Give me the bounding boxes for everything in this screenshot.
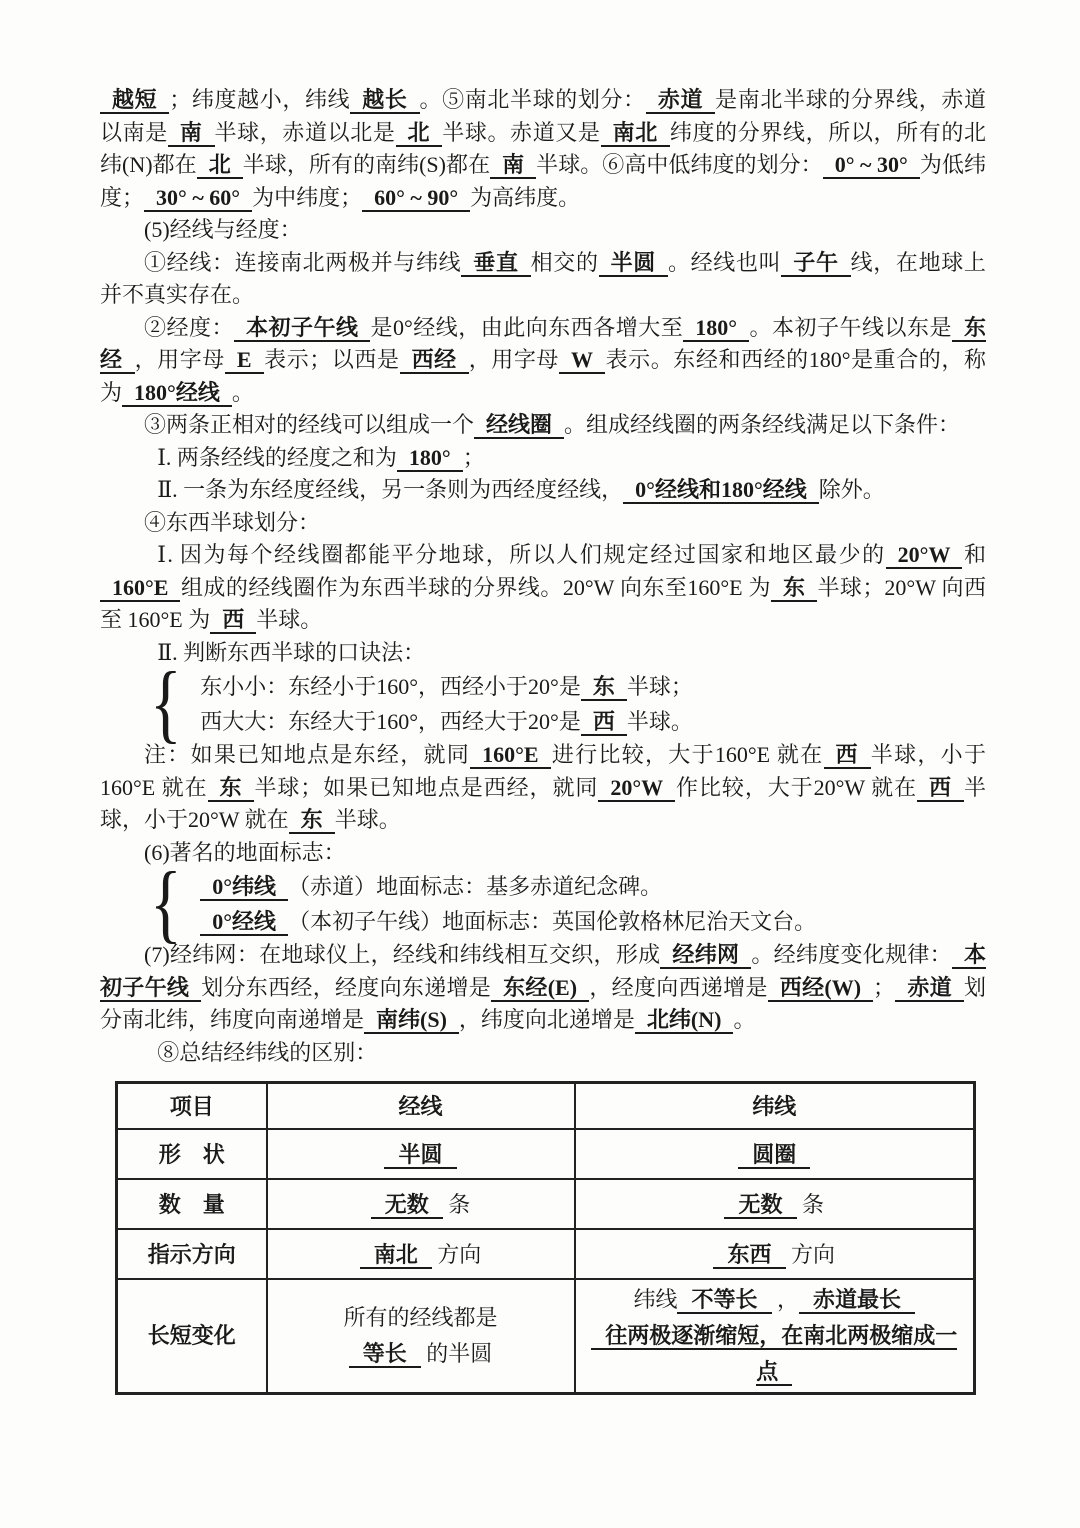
text-run: 条 bbox=[797, 1192, 825, 1217]
fill-in-blank-answer: 本初子午线 bbox=[234, 315, 370, 342]
row-label-length: 长短变化 bbox=[117, 1279, 267, 1394]
text-run: 和 bbox=[962, 542, 986, 567]
para-section-6-heading: (6)著名的地面标志： bbox=[100, 837, 986, 870]
para-condition-1: Ⅰ. 两条经线的经度之和为180°； bbox=[100, 442, 986, 475]
text-run: （赤道）地面标志：基多赤道纪念碑。 bbox=[288, 874, 662, 899]
text-run: ④东西半球划分： bbox=[144, 510, 320, 535]
text-run: 是0°经线，由此向东西各增大至 bbox=[370, 315, 683, 340]
fill-in-blank-answer: 160°E bbox=[100, 575, 180, 602]
text-run: 划分东西经，经度向东递增是 bbox=[201, 975, 491, 1000]
fill-in-blank-answer: 北纬(N) bbox=[635, 1007, 734, 1034]
cell-length-parallel: 纬线不等长 ，赤道最长往两极逐渐缩短，在南北两极缩成一点 bbox=[575, 1279, 975, 1394]
landmark-line-prime-meridian: 0°经线（本初子午线）地面标志：英国伦敦格林尼治天文台。 bbox=[200, 904, 986, 939]
fill-in-blank-answer: 0° ~ 30° bbox=[823, 152, 920, 179]
para-note-comparison: 注：如果已知地点是东经，就同160°E进行比较，大于160°E 就在西半球，小于… bbox=[100, 739, 986, 837]
cell-length-meridian: 所有的经线都是等长 的半圆 bbox=[267, 1279, 575, 1394]
para-east-west-division: Ⅰ. 因为每个经线圈都能平分地球，所以人们规定经过国家和地区最少的20°W和16… bbox=[100, 539, 986, 637]
text-run: 。本初子午线以东是 bbox=[749, 315, 952, 340]
fill-in-blank-answer: 30° ~ 60° bbox=[144, 185, 252, 212]
text-run: 。⑤南北半球的划分： bbox=[420, 87, 646, 112]
text-run: ；纬度越小，纬线 bbox=[169, 87, 350, 112]
fill-in-blank-answer: 西 bbox=[210, 607, 256, 634]
fill-in-blank-answer: 西 bbox=[581, 709, 627, 736]
fill-in-blank-answer: 180° bbox=[397, 445, 463, 472]
header-meridian: 经线 bbox=[267, 1083, 575, 1129]
fill-in-blank-answer: 南 bbox=[168, 120, 215, 147]
text-run: 为中纬度； bbox=[252, 185, 362, 210]
fill-in-blank-answer: 圆圈 bbox=[738, 1142, 810, 1169]
fill-in-blank-answer: 子午 bbox=[781, 250, 850, 277]
text-run: ，纬度向北递增是 bbox=[459, 1007, 635, 1032]
fill-in-blank-answer: E bbox=[225, 347, 264, 374]
fill-in-blank-answer: 赤道 bbox=[646, 87, 715, 114]
fill-in-blank-answer: 0°经线和180°经线 bbox=[623, 477, 819, 504]
fill-in-blank-answer: 60° ~ 90° bbox=[362, 185, 470, 212]
text-run: 所有的经线都是 bbox=[343, 1305, 497, 1330]
fill-in-blank-answer: 南 bbox=[490, 152, 536, 179]
cell-shape-meridian: 半圆 bbox=[267, 1129, 575, 1179]
header-parallel: 纬线 bbox=[575, 1083, 975, 1129]
text-run: Ⅰ. 因为每个经线圈都能平分地球，所以人们规定经过国家和地区最少的 bbox=[157, 542, 885, 567]
text-run: 进行比较，大于160°E 就在 bbox=[551, 742, 824, 767]
cell-shape-parallel: 圆圈 bbox=[575, 1129, 975, 1179]
para-section-5-heading: (5)经线与经度： bbox=[100, 214, 986, 247]
text-run: （本初子午线）地面标志：英国伦敦格林尼治天文台。 bbox=[288, 909, 816, 934]
fill-in-blank-answer: 南北 bbox=[601, 120, 670, 147]
fill-in-blank-answer: 0°经线 bbox=[200, 909, 288, 936]
text-run: 注：如果已知地点是东经，就同 bbox=[144, 742, 470, 767]
row-label-shape: 形 状 bbox=[117, 1129, 267, 1179]
fill-in-blank-answer: 半圆 bbox=[599, 250, 668, 277]
para-section-7-grid: (7)经纬网：在地球仪上，经线和纬线相互交织，形成经纬网。经纬度变化规律：本初子… bbox=[100, 939, 986, 1037]
fill-in-blank-answer: 0°纬线 bbox=[200, 874, 288, 901]
table-row-shape: 形 状 半圆 圆圈 bbox=[117, 1129, 975, 1179]
cell-direction-meridian: 南北 方向 bbox=[267, 1229, 575, 1279]
text-run: ③两条正相对的经线可以组成一个 bbox=[144, 412, 474, 437]
fill-in-blank-answer: 西 bbox=[917, 775, 964, 802]
fill-in-blank-answer: 20°W bbox=[598, 775, 675, 802]
cell-quantity-meridian: 无数 条 bbox=[267, 1179, 575, 1229]
text-run: 半球。 bbox=[256, 607, 322, 632]
fill-in-blank-answer: 不等长 bbox=[677, 1287, 771, 1314]
para-longitude-degrees: ②经度：本初子午线是0°经线，由此向东西各增大至180°。本初子午线以东是东经，… bbox=[100, 312, 986, 410]
left-brace: { bbox=[150, 869, 182, 939]
text-run: 半球。赤道又是 bbox=[442, 120, 600, 145]
cell-quantity-parallel: 无数 条 bbox=[575, 1179, 975, 1229]
text-run: ⑧总结经纬线的区别： bbox=[157, 1040, 377, 1065]
fill-in-blank-answer: W bbox=[559, 347, 605, 374]
text-run: 条 bbox=[443, 1192, 471, 1217]
fill-in-blank-answer: 180° bbox=[683, 315, 749, 342]
text-run: ； bbox=[873, 975, 895, 1000]
text-run: 组成的经线圈作为东西半球的分界线。20°W 向东至160°E 为 bbox=[180, 575, 771, 600]
table-row-direction: 指示方向 南北 方向 东西 方向 bbox=[117, 1229, 975, 1279]
text-run: ，用字母 bbox=[469, 347, 559, 372]
para-section-4-east-west: ④东西半球划分： bbox=[100, 507, 986, 540]
text-run: Ⅱ. 判断东西半球的口诀法： bbox=[157, 640, 425, 665]
header-item: 项目 bbox=[117, 1083, 267, 1129]
text-run: 。组成经线圈的两条经线满足以下条件： bbox=[564, 412, 960, 437]
fill-in-blank-answer: 半圆 bbox=[384, 1142, 456, 1169]
fill-in-blank-answer: 东 bbox=[771, 575, 817, 602]
fill-in-blank-answer: 经纬网 bbox=[660, 942, 751, 969]
fill-in-blank-answer: 赤道 bbox=[895, 975, 964, 1002]
text-run: 半球。⑥高中低纬度的划分： bbox=[536, 152, 823, 177]
text-run: Ⅰ. 两条经线的经度之和为 bbox=[157, 445, 397, 470]
text-run: 相交的 bbox=[531, 250, 599, 275]
fill-in-blank-answer: 北 bbox=[396, 120, 443, 147]
fill-in-blank-answer: 西经(W) bbox=[768, 975, 873, 1002]
fill-in-blank-answer: 赤道最长 bbox=[799, 1287, 915, 1314]
row-label-direction: 指示方向 bbox=[117, 1229, 267, 1279]
text-run: 方向 bbox=[432, 1242, 482, 1267]
fill-in-blank-answer: 等长 bbox=[349, 1341, 421, 1368]
text-run: 为高纬度。 bbox=[470, 185, 580, 210]
row-label-quantity: 数 量 bbox=[117, 1179, 267, 1229]
landmark-line-equator: 0°纬线（赤道）地面标志：基多赤道纪念碑。 bbox=[200, 869, 986, 904]
para-condition-2: Ⅱ. 一条为东经度经线，另一条则为西经度经线，0°经线和180°经线除外。 bbox=[100, 474, 986, 507]
fill-in-blank-answer: 南纬(S) bbox=[364, 1007, 459, 1034]
fill-in-blank-answer: 无数 bbox=[371, 1192, 443, 1219]
fill-in-blank-answer: 180°经线 bbox=[122, 380, 232, 407]
fill-in-blank-answer: 东西 bbox=[713, 1242, 785, 1269]
text-run: 半球； bbox=[627, 674, 693, 699]
table-header-row: 项目 经线 纬线 bbox=[117, 1083, 975, 1129]
para-latitude-hemispheres: 越短；纬度越小，纬线越长。⑤南北半球的划分：赤道是南北半球的分界线，赤道以南是南… bbox=[100, 84, 986, 214]
text-run: (7)经纬网：在地球仪上，经线和纬线相互交织，形成 bbox=[144, 942, 660, 967]
fill-in-blank-answer: 东 bbox=[208, 775, 255, 802]
fill-in-blank-answer: 西 bbox=[824, 742, 871, 769]
comparison-table: 项目 经线 纬线 形 状 半圆 圆圈 数 量 无数 条 无数 条 指示方向 南北… bbox=[115, 1081, 976, 1395]
para-meridian-circle: ③两条正相对的经线可以组成一个经线圈。组成经线圈的两条经线满足以下条件： bbox=[100, 409, 986, 442]
fill-in-blank-answer: 垂直 bbox=[461, 250, 530, 277]
text-run: ，经度向西递增是 bbox=[589, 975, 768, 1000]
para-section-8-heading: ⑧总结经纬线的区别： bbox=[100, 1037, 986, 1070]
text-run: 半球，所有的南纬(S)都在 bbox=[243, 152, 490, 177]
text-run: 作比较，大于20°W 就在 bbox=[675, 775, 917, 800]
mnemonic-line-west: 西大大：东经大于160°，西经大于20°是西半球。 bbox=[200, 704, 986, 739]
table-row-length: 长短变化 所有的经线都是等长 的半圆 纬线不等长 ，赤道最长往两极逐渐缩短，在南… bbox=[117, 1279, 975, 1394]
text-run: 。 bbox=[733, 1007, 755, 1032]
fill-in-blank-answer: 越长 bbox=[350, 87, 419, 114]
fill-in-blank-answer: 东 bbox=[581, 674, 627, 701]
fill-in-blank-answer: 往两极逐渐缩短，在南北两极缩成一点 bbox=[591, 1323, 957, 1386]
fill-in-blank-answer: 经线圈 bbox=[474, 412, 564, 439]
text-run: ； bbox=[463, 445, 485, 470]
text-run: 方向 bbox=[786, 1242, 836, 1267]
fill-in-blank-answer: 东 bbox=[289, 807, 335, 834]
text-run: 的半圆 bbox=[421, 1341, 493, 1366]
text-run: ①经线：连接南北两极并与纬线 bbox=[144, 250, 461, 275]
text-run: Ⅱ. 一条为东经度经线，另一条则为西经度经线， bbox=[157, 477, 623, 502]
text-run: 。 bbox=[232, 380, 254, 405]
fill-in-blank-answer: 西经 bbox=[400, 347, 469, 374]
fill-in-blank-answer: 越短 bbox=[100, 87, 169, 114]
left-brace: { bbox=[150, 669, 182, 739]
fill-in-blank-answer: 南北 bbox=[360, 1242, 432, 1269]
text-run: 。经纬度变化规律： bbox=[751, 942, 952, 967]
text-run: 半球。 bbox=[335, 807, 401, 832]
text-run: 除外。 bbox=[819, 477, 885, 502]
fill-in-blank-answer: 北 bbox=[197, 152, 243, 179]
mnemonic-line-east: 东小小：东经小于160°，西经小于20°是东半球； bbox=[200, 669, 986, 704]
text-run: 。经线也叫 bbox=[668, 250, 781, 275]
para-mnemonic-heading: Ⅱ. 判断东西半球的口诀法： bbox=[100, 637, 986, 670]
table-row-quantity: 数 量 无数 条 无数 条 bbox=[117, 1179, 975, 1229]
text-run: 半球。 bbox=[627, 709, 693, 734]
text-run: 表示；以西是 bbox=[264, 347, 400, 372]
text-run: 半球，赤道以北是 bbox=[215, 120, 396, 145]
fill-in-blank-answer: 20°W bbox=[886, 542, 963, 569]
text-run: 纬线 bbox=[633, 1287, 677, 1312]
document-page: 越短；纬度越小，纬线越长。⑤南北半球的划分：赤道是南北半球的分界线，赤道以南是南… bbox=[0, 0, 1080, 1528]
text-run: 半球；如果已知地点是西经，就同 bbox=[254, 775, 598, 800]
text-run: 东小小：东经小于160°，西经小于20°是 bbox=[200, 674, 581, 699]
text-run: ②经度： bbox=[144, 315, 234, 340]
text-run: ，用字母 bbox=[135, 347, 225, 372]
landmarks-brace-group: { 0°纬线（赤道）地面标志：基多赤道纪念碑。 0°经线（本初子午线）地面标志：… bbox=[150, 869, 986, 939]
para-meridian-definition: ①经线：连接南北两极并与纬线垂直相交的半圆。经线也叫子午线，在地球上并不真实存在… bbox=[100, 247, 986, 312]
cell-direction-parallel: 东西 方向 bbox=[575, 1229, 975, 1279]
text-run: (5)经线与经度： bbox=[144, 217, 302, 242]
fill-in-blank-answer: 160°E bbox=[470, 742, 550, 769]
fill-in-blank-answer: 东经(E) bbox=[491, 975, 589, 1002]
mnemonic-brace-group: { 东小小：东经小于160°，西经小于20°是东半球； 西大大：东经大于160°… bbox=[150, 669, 986, 739]
fill-in-blank-answer: 无数 bbox=[724, 1192, 796, 1219]
text-run: 西大大：东经大于160°，西经大于20°是 bbox=[200, 709, 581, 734]
text-run: ， bbox=[772, 1287, 800, 1312]
